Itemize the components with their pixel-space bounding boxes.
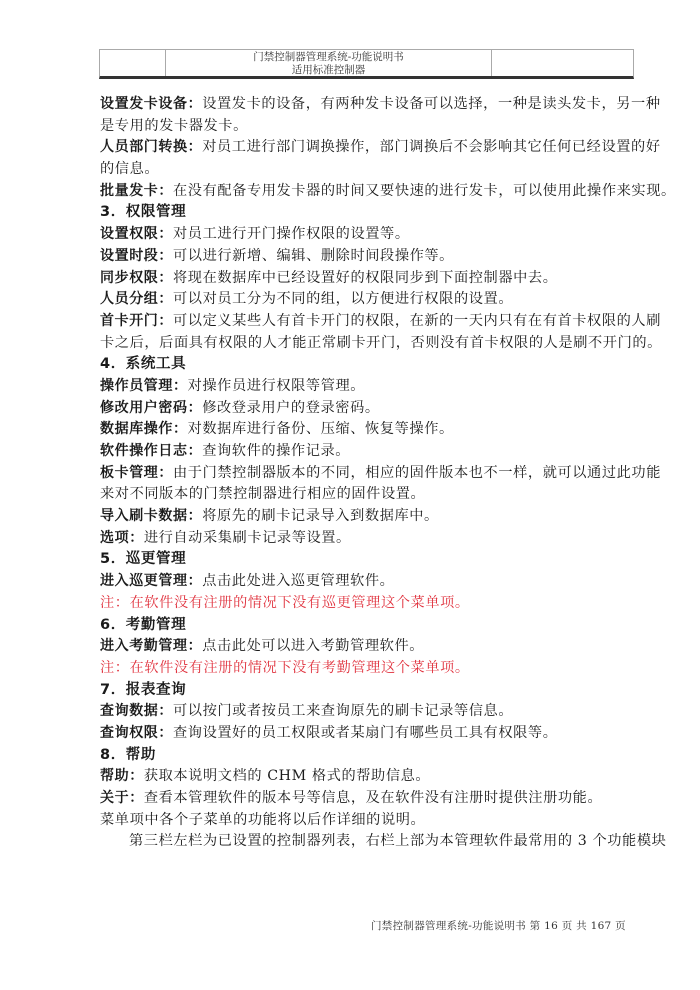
definition-line: 数据库操作：对数据库进行备份、压缩、恢复等操作。 [100, 419, 640, 441]
definition-line: 设置时段：可以进行新增、编辑、删除时间段操作等。 [100, 246, 640, 268]
term-label: 人员部门转换： [100, 139, 202, 155]
definition-line: 同步权限：将现在数据库中已经设置好的权限同步到下面控制器中去。 [100, 268, 640, 290]
paragraph-line: 是专用的发卡器发卡。 [100, 116, 640, 138]
definition-line: 首卡开门：可以定义某些人有首卡开门的权限，在新的一天内只有在有首卡权限的人刷 [100, 311, 640, 333]
definition-line: 修改用户密码：修改登录用户的登录密码。 [100, 398, 640, 420]
term-description: 查看本管理软件的版本号等信息，及在软件没有注册时提供注册功能。 [144, 790, 602, 806]
definition-line: 查询权限：查询设置好的员工权限或者某扇门有哪些员工具有权限等。 [100, 723, 640, 745]
term-label: 人员分组： [100, 291, 173, 307]
definition-line: 导入刷卡数据：将原先的刷卡记录导入到数据库中。 [100, 506, 640, 528]
term-label: 操作员管理： [100, 378, 188, 394]
term-description: 对员工进行开门操作权限的设置等。 [173, 226, 410, 242]
term-label: 批量发卡： [100, 183, 173, 199]
definition-line: 进入考勤管理：点击此处可以进入考勤管理软件。 [100, 636, 640, 658]
section-heading: 4．系统工具 [100, 354, 640, 376]
term-description: 点击此处可以进入考勤管理软件。 [202, 638, 424, 654]
definition-line: 帮助：获取本说明文档的 CHM 格式的帮助信息。 [100, 766, 640, 788]
paragraph-line: 卡之后，后面具有权限的人才能正常刷卡开门，否则没有首卡权限的人是刷不开门的。 [100, 333, 640, 355]
term-description: 对员工进行部门调换操作，部门调换后不会影响其它任何已经设置的好 [202, 139, 660, 155]
header-cell-left [100, 50, 166, 76]
term-label: 数据库操作： [100, 421, 188, 437]
header-title-line2: 适用标准控制器 [166, 64, 491, 77]
term-label: 查询数据： [100, 703, 173, 719]
header-cell-title: 门禁控制器管理系统-功能说明书 适用标准控制器 [166, 50, 492, 76]
term-label: 板卡管理： [100, 465, 173, 481]
term-label: 设置发卡设备： [100, 96, 202, 112]
term-label: 首卡开门： [100, 313, 173, 329]
term-label: 进入巡更管理： [100, 573, 202, 589]
header-cell-right [492, 50, 633, 76]
term-description: 查询设置好的员工权限或者某扇门有哪些员工具有权限等。 [173, 725, 557, 741]
section-heading: 7．报表查询 [100, 680, 640, 702]
page-header: 门禁控制器管理系统-功能说明书 适用标准控制器 [99, 49, 634, 79]
definition-line: 人员部门转换：对员工进行部门调换操作，部门调换后不会影响其它任何已经设置的好 [100, 137, 640, 159]
term-label: 修改用户密码： [100, 400, 202, 416]
term-description: 修改登录用户的登录密码。 [202, 400, 379, 416]
term-description: 在没有配备专用发卡器的时间又要快速的进行发卡，可以使用此操作来实现。 [173, 183, 676, 199]
term-label: 设置时段： [100, 248, 173, 264]
definition-line: 设置发卡设备：设置发卡的设备，有两种发卡设备可以选择，一种是读头发卡，另一种 [100, 94, 640, 116]
definition-line: 进入巡更管理：点击此处进入巡更管理软件。 [100, 571, 640, 593]
note-text: 注：在软件没有注册的情况下没有考勤管理这个菜单项。 [100, 658, 640, 680]
definition-line: 选项：进行自动采集刷卡记录等设置。 [100, 528, 640, 550]
definition-line: 批量发卡：在没有配备专用发卡器的时间又要快速的进行发卡，可以使用此操作来实现。 [100, 181, 640, 203]
definition-line: 关于：查看本管理软件的版本号等信息，及在软件没有注册时提供注册功能。 [100, 788, 640, 810]
paragraph-line: 的信息。 [100, 159, 640, 181]
definition-line: 软件操作日志：查询软件的操作记录。 [100, 441, 640, 463]
page-footer: 门禁控制器管理系统-功能说明书 第 16 页 共 167 页 [371, 918, 626, 933]
term-description: 可以对员工分为不同的组，以方便进行权限的设置。 [173, 291, 513, 307]
paragraph-line: 第三栏左栏为已设置的控制器列表，右栏上部为本管理软件最常用的 3 个功能模块 [100, 831, 640, 853]
term-label: 关于： [100, 790, 144, 806]
term-description: 由于门禁控制器版本的不同，相应的固件版本也不一样，就可以通过此功能 [173, 465, 661, 481]
section-heading: 8．帮助 [100, 745, 640, 767]
term-label: 查询权限： [100, 725, 173, 741]
term-label: 导入刷卡数据： [100, 508, 202, 524]
term-label: 同步权限： [100, 270, 173, 286]
definition-line: 人员分组：可以对员工分为不同的组，以方便进行权限的设置。 [100, 289, 640, 311]
term-description: 对操作员进行权限等管理。 [188, 378, 365, 394]
note-text: 注：在软件没有注册的情况下没有巡更管理这个菜单项。 [100, 593, 640, 615]
definition-line: 操作员管理：对操作员进行权限等管理。 [100, 376, 640, 398]
header-title-line1: 门禁控制器管理系统-功能说明书 [166, 51, 491, 64]
term-description: 设置发卡的设备，有两种发卡设备可以选择，一种是读头发卡，另一种 [202, 96, 660, 112]
definition-line: 设置权限：对员工进行开门操作权限的设置等。 [100, 224, 640, 246]
term-description: 可以按门或者按员工来查询原先的刷卡记录等信息。 [173, 703, 513, 719]
term-description: 对数据库进行备份、压缩、恢复等操作。 [188, 421, 454, 437]
term-description: 查询软件的操作记录。 [202, 443, 350, 459]
term-description: 可以定义某些人有首卡开门的权限，在新的一天内只有在有首卡权限的人刷 [173, 313, 661, 329]
definition-line: 板卡管理：由于门禁控制器版本的不同，相应的固件版本也不一样，就可以通过此功能 [100, 463, 640, 485]
definition-line: 查询数据：可以按门或者按员工来查询原先的刷卡记录等信息。 [100, 701, 640, 723]
term-label: 设置权限： [100, 226, 173, 242]
section-heading: 5．巡更管理 [100, 549, 640, 571]
term-label: 帮助： [100, 768, 144, 784]
section-heading: 6．考勤管理 [100, 615, 640, 637]
paragraph-line: 来对不同版本的门禁控制器进行相应的固件设置。 [100, 484, 640, 506]
term-description: 获取本说明文档的 CHM 格式的帮助信息。 [144, 768, 430, 784]
term-description: 点击此处进入巡更管理软件。 [202, 573, 394, 589]
document-body: 设置发卡设备：设置发卡的设备，有两种发卡设备可以选择，一种是读头发卡，另一种是专… [100, 94, 640, 853]
term-label: 选项： [100, 530, 144, 546]
term-description: 可以进行新增、编辑、删除时间段操作等。 [173, 248, 454, 264]
term-label: 软件操作日志： [100, 443, 202, 459]
term-label: 进入考勤管理： [100, 638, 202, 654]
term-description: 进行自动采集刷卡记录等设置。 [144, 530, 351, 546]
section-heading: 3．权限管理 [100, 202, 640, 224]
paragraph-line: 菜单项中各个子菜单的功能将以后作详细的说明。 [100, 810, 640, 832]
term-description: 将原先的刷卡记录导入到数据库中。 [202, 508, 439, 524]
term-description: 将现在数据库中已经设置好的权限同步到下面控制器中去。 [173, 270, 557, 286]
